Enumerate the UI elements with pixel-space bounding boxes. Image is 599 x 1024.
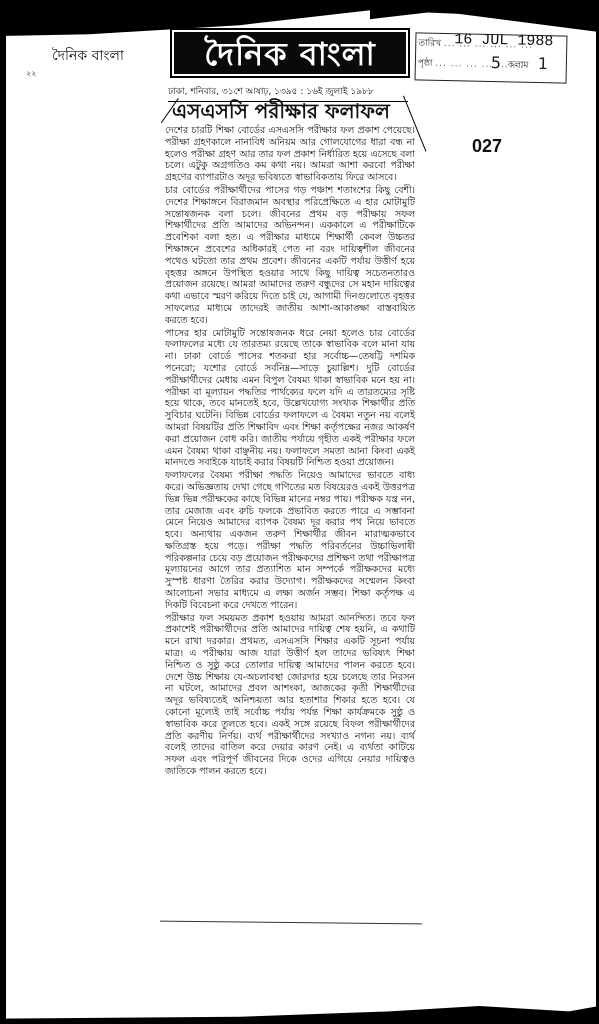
article-paragraph: চার বোর্ডের পরীক্ষার্থীদের পাসের গড় পঞ্… [165,185,415,327]
stamp-date-value: 16 JUL 1988 [454,30,553,52]
clipping-bottom-edge [160,921,422,925]
archive-stamp: তারিখ ... ... ... ... ... ... 16 JUL 198… [415,32,568,83]
scan-border-left [0,0,6,1024]
stamp-page-row: পৃষ্ঠা ... ... ... ... ... ... 5 কলাম 1 [416,53,566,76]
stamp-date-label: তারিখ [418,38,441,48]
file-number: 027 [472,136,502,157]
stamp-column-value: 1 [538,54,549,74]
stamp-column-label: কলাম [508,55,529,75]
article-paragraph: পরীক্ষার ফল সময়মত প্রকাশ হওয়ায় আমরা আ… [165,613,415,778]
masthead-title: দৈনিক বাংলা [174,32,406,74]
editorial-article: দেশের চারটি শিক্ষা বোর্ডের এসএসসি পরীক্ষ… [165,125,415,778]
article-paragraph: ফলাফলের বৈষম্য পরীক্ষা পদ্ধতি নিয়েও আমা… [165,470,415,612]
scan-border-bottom [0,1006,599,1024]
source-number: ২২ [26,68,36,81]
source-label: দৈনিক বাংলা [52,44,124,68]
article-paragraph: পাসের হার মোটামুটি সন্তোষজনক ধরে নেয়া হ… [165,328,415,470]
stamp-page-value: 5 [491,53,502,73]
article-paragraph: দেশের চারটি শিক্ষা বোর্ডের এসএসসি পরীক্ষ… [165,125,415,184]
stamp-page-label: পৃষ্ঠা [418,58,433,68]
newspaper-masthead: দৈনিক বাংলা [170,28,410,78]
